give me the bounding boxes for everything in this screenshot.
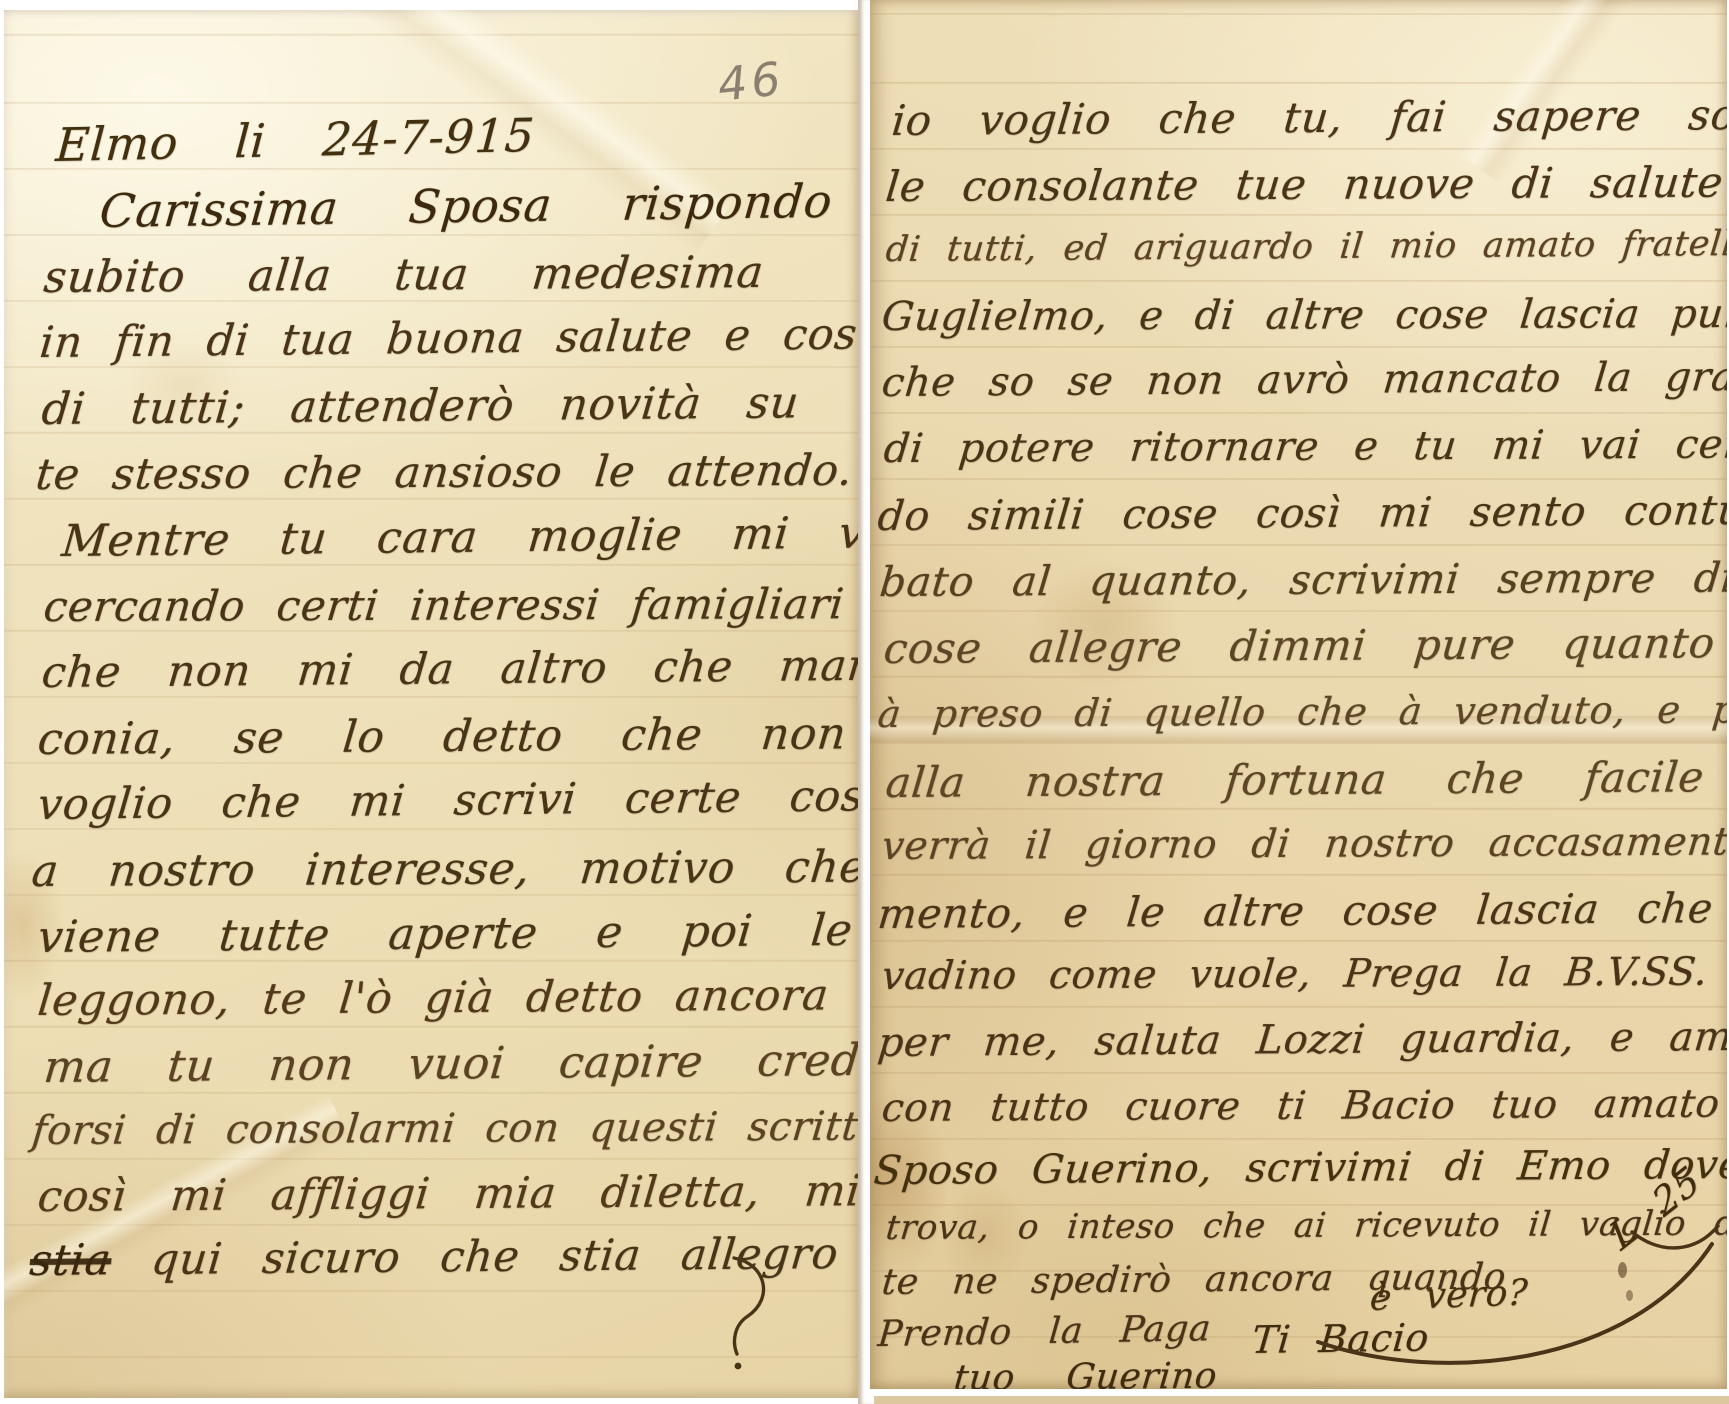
- handwritten-line: à preso di quello che à venduto, e pensa: [876, 687, 1727, 736]
- left-page: 46 Elmo li 24-7-915 Carissima Sposa risp…: [4, 10, 862, 1398]
- handwritten-line: Sposo Guerino, scrivimi di Emo dove si: [872, 1141, 1727, 1194]
- handwritten-line: te stesso che ansioso le attendo.: [34, 446, 856, 500]
- signature: tuo Guerino: [952, 1356, 1219, 1389]
- handwritten-line: conia, se lo detto che non: [35, 708, 848, 765]
- struck-word: stia: [28, 1235, 114, 1286]
- handwritten-line: leggono, te l'ò già detto ancora: [36, 970, 832, 1026]
- handwritten-line: per me, saluta Lozzi guardia, e amici: [876, 1014, 1727, 1066]
- handwritten-line: voglio che mi scrivi certe cose: [36, 771, 862, 830]
- letter-scan: 46 Elmo li 24-7-915 Carissima Sposa risp…: [0, 0, 1729, 1404]
- handwritten-line: le consolante tue nuove di salute e: [884, 157, 1727, 211]
- handwritten-line: cose allegre dimmi pure quanto: [882, 618, 1718, 673]
- handwritten-line: forsi di consolarmi con questi scritti: [30, 1104, 862, 1154]
- handwritten-line: con tutto cuore ti Bacio tuo amato: [880, 1082, 1722, 1131]
- handwritten-line: che so se non avrò mancato la grazia: [880, 354, 1727, 406]
- ink-speck: [1626, 1290, 1633, 1301]
- handwritten-line: cercando certi interessi famigliari: [42, 579, 847, 631]
- bottom-page-sliver: [874, 1396, 1729, 1404]
- handwritten-line: trova, o inteso che ai ricevuto il vagli…: [884, 1203, 1727, 1248]
- closing-bacio: Ti Bacio: [1250, 1315, 1431, 1362]
- handwritten-line: di potere ritornare e tu mi vai cercan: [882, 421, 1727, 472]
- handwritten-line: che non mi da altro che manin: [40, 640, 862, 698]
- handwritten-line: do simili cose così mi sento contur: [876, 486, 1727, 540]
- closing-line: Prendo la Paga: [876, 1308, 1213, 1355]
- handwritten-line: Mentre tu cara moglie mi vai: [60, 507, 862, 567]
- handwritten-line: di tutti, ed ariguardo il mio amato frat…: [884, 224, 1727, 270]
- handwritten-line: bato al quanto, scrivimi sempre di: [878, 554, 1727, 607]
- handwritten-line: io voglio che tu, fai sapere solo: [890, 90, 1727, 145]
- handwritten-line: di tutti; attenderò novità su: [40, 377, 802, 435]
- handwritten-line: mento, e le altre cose lascia che il: [876, 884, 1727, 938]
- aside-note: è vero?: [1369, 1272, 1530, 1319]
- handwritten-line: a nostro interesse, motivo che: [29, 842, 862, 897]
- handwritten-line: Guglielmo, e di altre cose lascia pure a…: [880, 290, 1727, 340]
- handwritten-line: subito alla tua medesima: [41, 247, 766, 303]
- handwritten-line: vadino come vuole, Prega la B.V.SS.: [880, 950, 1710, 999]
- handwritten-line-with-strikethrough: stia qui sicuro che stia allegro e con: [28, 1227, 862, 1286]
- line-rest: qui sicuro che stia allegro e con: [149, 1227, 862, 1285]
- handwritten-line: ma tu non vuoi capire credi;: [42, 1035, 862, 1093]
- right-page: io voglio che tu, fai sapere solo le con…: [870, 0, 1727, 1389]
- handwritten-line: viene tutte aperte e poi le: [36, 905, 855, 963]
- ink-speck: [1618, 1262, 1627, 1278]
- handwritten-line: alla nostra fortuna che facile: [884, 752, 1707, 807]
- handwritten-line: Carissima Sposa rispondo: [98, 174, 835, 238]
- page-number-pencil: 46: [715, 51, 787, 112]
- handwritten-line: così mi affliggi mia diletta, mi: [36, 1166, 862, 1222]
- handwritten-line: in fin di tua buona salute e così: [38, 309, 862, 368]
- handwritten-line: verrà il giorno di nostro accasamento og: [880, 819, 1727, 869]
- letter-dateline: Elmo li 24-7-915: [54, 108, 536, 172]
